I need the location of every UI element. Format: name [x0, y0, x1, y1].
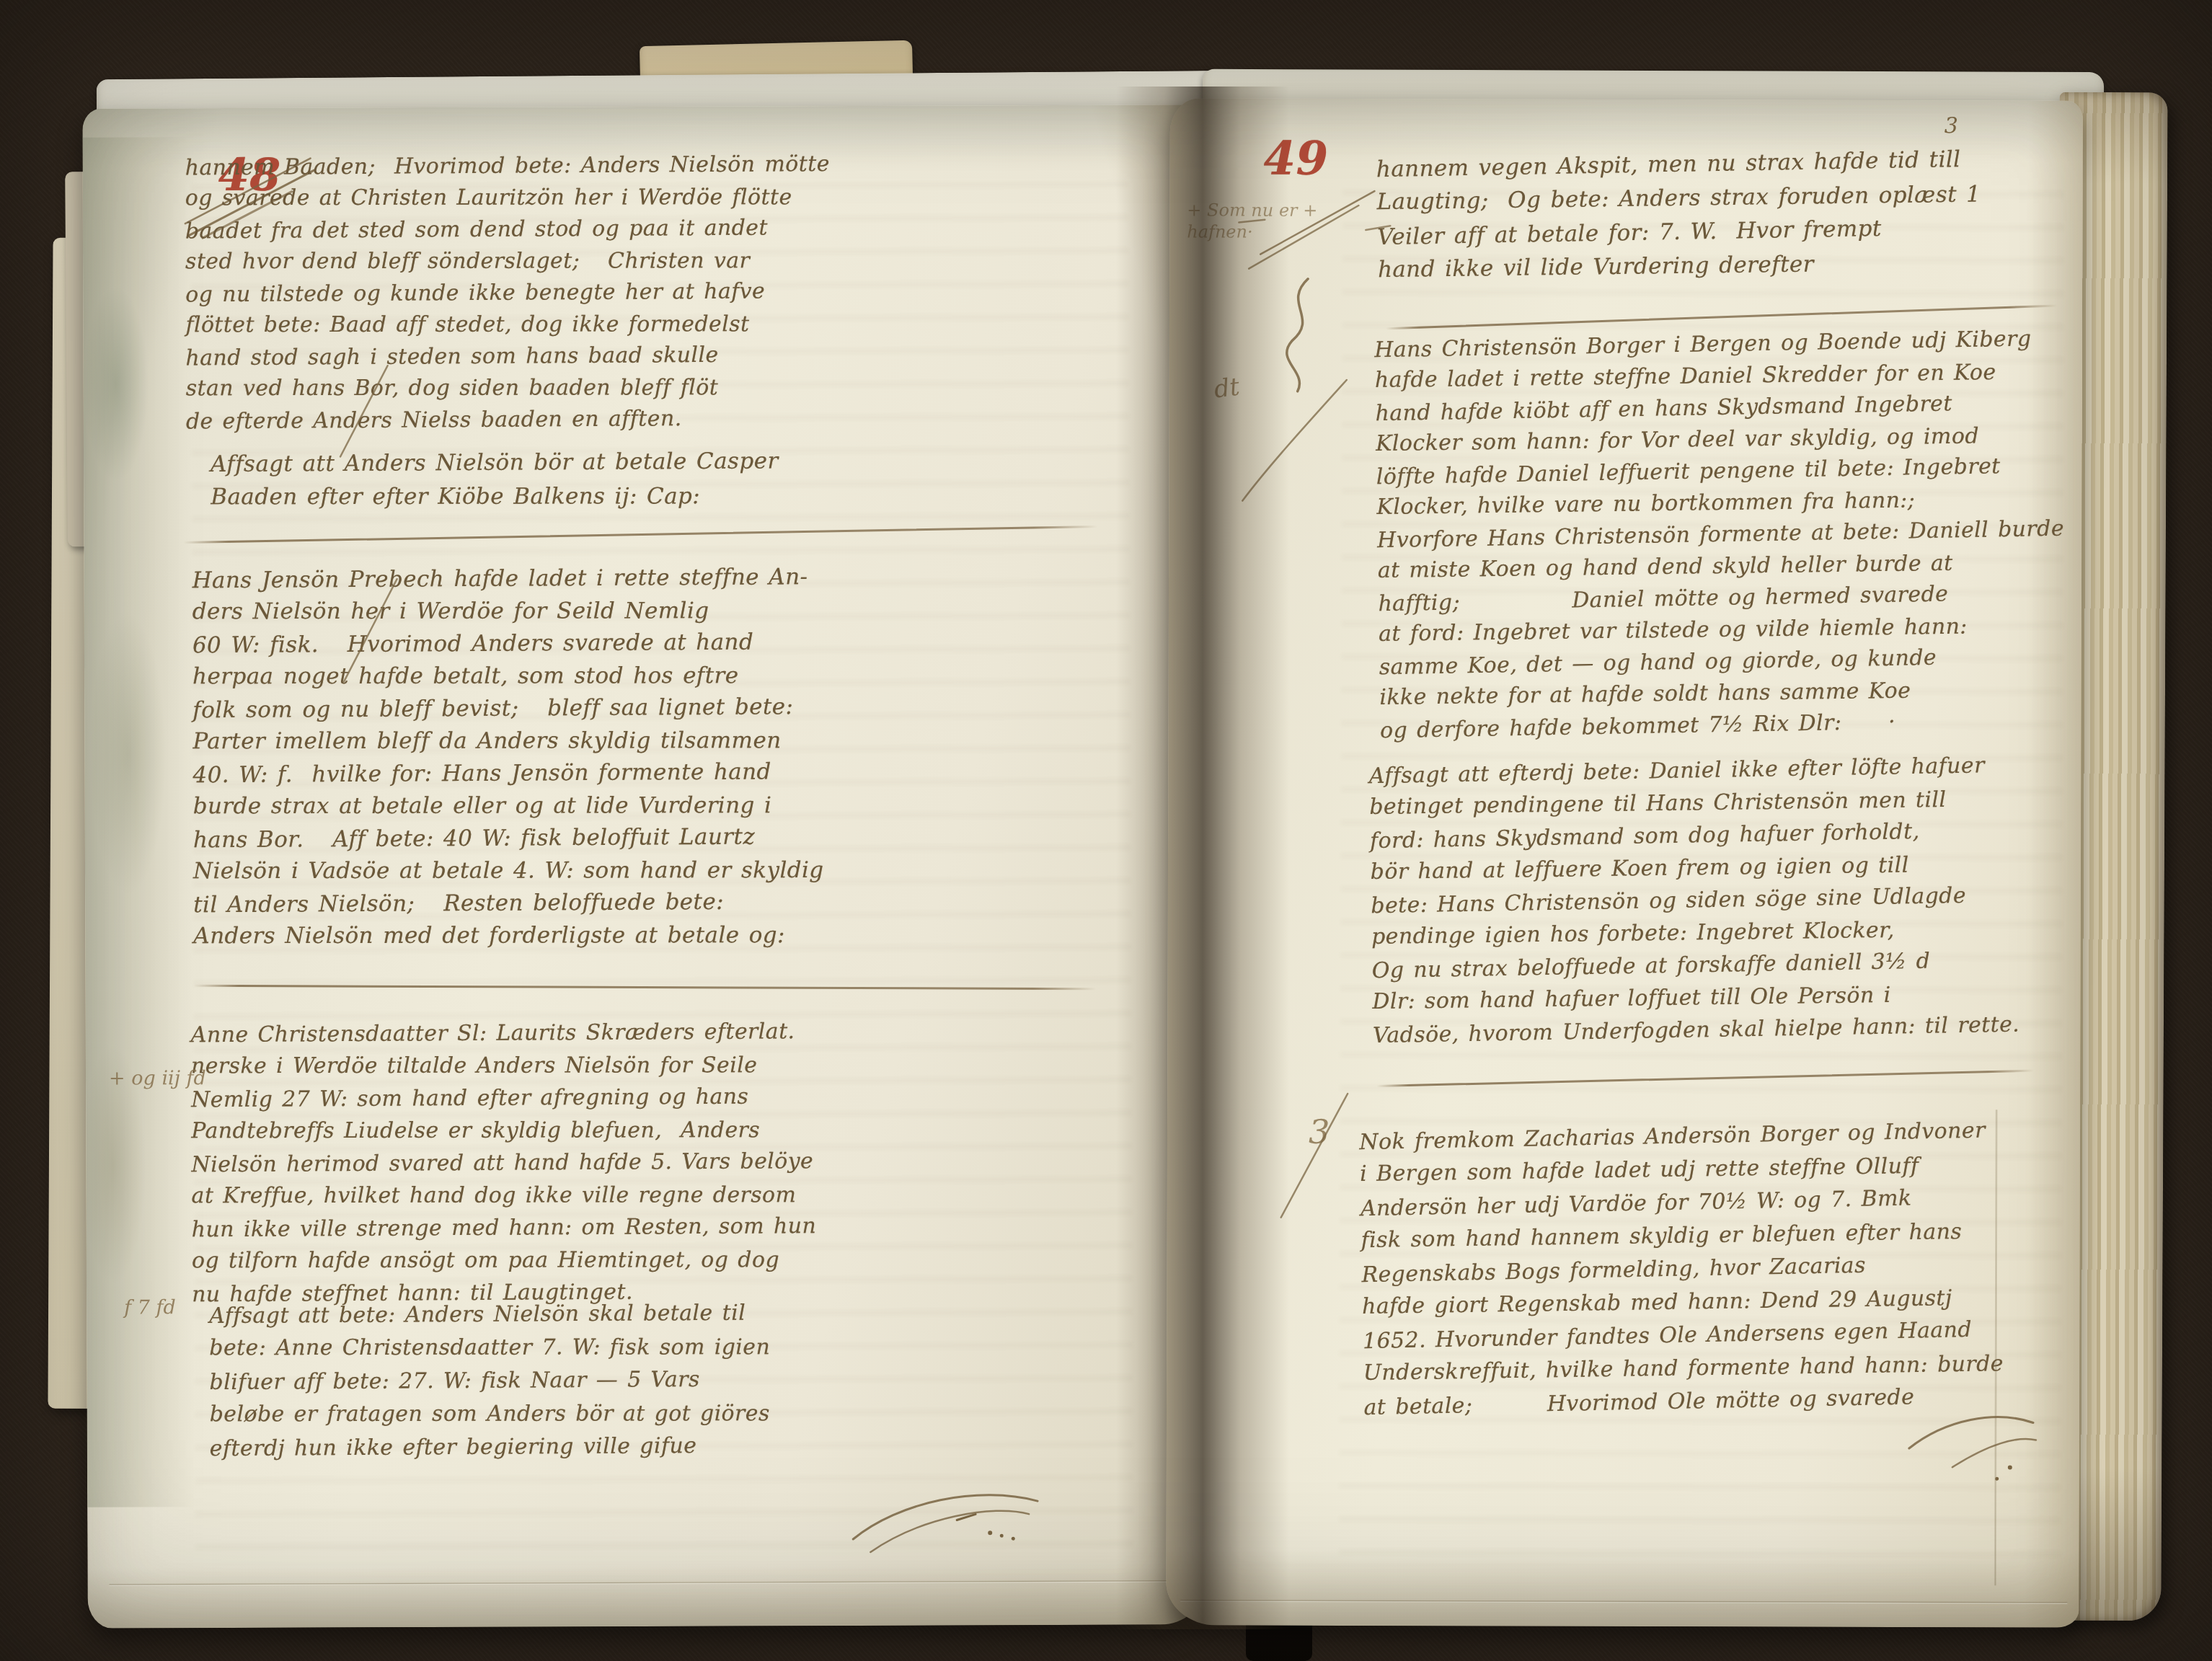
- manuscript-text-line: herpaa noget hafde betalt, som stod hos …: [193, 660, 823, 693]
- court-entry: Nok fremkom Zacharias Andersön Borger og…: [1359, 1115, 2004, 1424]
- manuscript-text-line: hannem Baaden; Hvorimod bete: Anders Nie…: [185, 149, 829, 184]
- court-verdict: Affsagt att bete: Anders Nielsön skal be…: [209, 1297, 771, 1465]
- manuscript-text-line: Anne Christensdaatter Sl: Laurits Skræde…: [191, 1015, 816, 1051]
- manuscript-text-line: efterdj hun ikke efter begiering ville g…: [210, 1429, 771, 1466]
- manuscript-text-line: Baaden efter efter Kiöbe Balkens ij: Cap…: [211, 479, 779, 514]
- manuscript-text-line: bete: Anne Christensdaatter 7. W: fisk s…: [209, 1331, 770, 1365]
- manuscript-text-line: hand stod sagh i steden som hans baad sk…: [185, 339, 830, 374]
- manuscript-text-line: 40. W: f. hvilke for: Hans Jensön formen…: [193, 756, 823, 792]
- manuscript-text-line: 60 W: fisk. Hvorimod Anders svarede at h…: [193, 626, 823, 662]
- page-number-value: 49: [1263, 132, 1328, 186]
- margin-slash-icon: [337, 361, 395, 462]
- manuscript-text-line: og nu tilstede og kunde ikke benegte her…: [185, 275, 830, 311]
- manuscript-text-line: burde strax at betale eller og at lide V…: [193, 789, 824, 823]
- paper-crease: [109, 1580, 1176, 1586]
- manuscript-text-line: baadet fra det sted som dend stod og paa…: [185, 212, 830, 247]
- manuscript-text-line: hun ikke ville strenge med hann: om Rest…: [192, 1210, 817, 1246]
- folio-number: 3: [1945, 113, 1958, 138]
- margin-fee-note: f 7 fd: [124, 1296, 176, 1319]
- court-entry: Anne Christensdaatter Sl: Laurits Skræde…: [191, 1016, 817, 1310]
- page-number: 49: [1263, 132, 1328, 186]
- manuscript-text-line: stan ved hans Bor, dog siden baaden blef…: [186, 372, 831, 404]
- manuscript-text-line: Affsagt att bete: Anders Nielsön skal be…: [209, 1296, 770, 1333]
- margin-annotation-line: + Som nu er +: [1187, 199, 1317, 221]
- margin-fee-note: + og iij fd: [109, 1067, 206, 1089]
- manuscript-text-line: og tilforn hafde ansögt om paa Hiemtinge…: [192, 1244, 816, 1277]
- manuscript-text-line: beløbe er fratagen som Anders bör at got…: [210, 1397, 771, 1431]
- manuscript-text-line: sted hvor dend bleff sönderslaget; Chris…: [185, 245, 830, 278]
- margin-annotation: + Som nu er + hafnen·: [1187, 199, 1317, 242]
- manuscript-text-line: til Anders Nielsön; Resten beloffuede be…: [193, 885, 824, 921]
- court-entry: hannem Baaden; Hvorimod bete: Anders Nie…: [185, 149, 831, 437]
- end-flourish-icon: [849, 1472, 1050, 1559]
- left-page: 48 hannem Baaden; Hvorimod bete: Anders …: [82, 105, 1203, 1628]
- manuscript-text-line: Nemlig 27 W: som hand efter afregning og…: [191, 1080, 816, 1116]
- manuscript-text-line: og svarede at Christen Lauritzön her i W…: [185, 182, 830, 214]
- manuscript-text-line: ders Nielsön her i Werdöe for Seild Neml…: [193, 595, 823, 628]
- court-entry: hannem vegen Akspit, men nu strax hafde …: [1376, 143, 1982, 288]
- archival-scan-background: { "palette":{ "background":"#2e251c", "p…: [0, 0, 2212, 1661]
- court-verdict: Affsagt att Anders Nielsön bör at betale…: [211, 445, 779, 515]
- margin-annotation-line: hafnen·: [1187, 221, 1317, 242]
- manuscript-text-line: blifuer aff bete: 27. W: fisk Naar — 5 V…: [209, 1363, 770, 1399]
- end-flourish-icon: [1902, 1398, 2046, 1492]
- manuscript-text-line: de efterde Anders Nielss baaden en affte…: [186, 402, 831, 438]
- manuscript-text-line: Nielsön herimod svared att hand hafde 5.…: [191, 1145, 816, 1181]
- margin-slash-icon: [1275, 1088, 1355, 1225]
- manuscript-text-line: Hans Jensön Prebech hafde ladet i rette …: [192, 561, 823, 597]
- manuscript-text-line: folk som og nu bleff bevist; bleff saa l…: [193, 691, 823, 727]
- right-page: 3 49 + Som nu er + hafnen· hannem vegen …: [1166, 98, 2083, 1627]
- manuscript-text-line: Parter imellem bleff da Anders skyldig t…: [193, 725, 823, 758]
- manuscript-text-line: nerske i Werdöe tiltalde Anders Nielsön …: [191, 1049, 815, 1082]
- manuscript-text-line: Nielsön i Vadsöe at betale 4. W: som han…: [193, 854, 824, 887]
- manuscript-text-line: flöttet bete: Baad aff stedet, dog ikke …: [185, 309, 830, 341]
- court-entry: Hans Christensön Borger i Bergen og Boen…: [1374, 324, 2067, 746]
- margin-flourish-icon: [1238, 272, 1354, 510]
- manuscript-text-line: Affsagt att Anders Nielsön bör at betale…: [211, 444, 779, 482]
- paper-crease: [1180, 1599, 2067, 1604]
- manuscript-text-line: Pandtebreffs Liudelse er skyldig blefuen…: [191, 1114, 815, 1147]
- margin-mark: dt: [1212, 372, 1242, 404]
- court-verdict: Affsagt att efterdj bete: Daniel ikke ef…: [1368, 750, 2019, 1051]
- margin-slash-icon: [341, 575, 404, 687]
- manuscript-text-line: Anders Nielsön med det forderligste at b…: [193, 919, 824, 952]
- court-entry: Hans Jensön Prebech hafde ladet i rette …: [193, 562, 824, 953]
- manuscript-text-line: hans Bor. Aff bete: 40 W: fisk beloffuit…: [193, 820, 824, 856]
- manuscript-text-line: at Kreffue, hvilket hand dog ikke ville …: [192, 1179, 816, 1212]
